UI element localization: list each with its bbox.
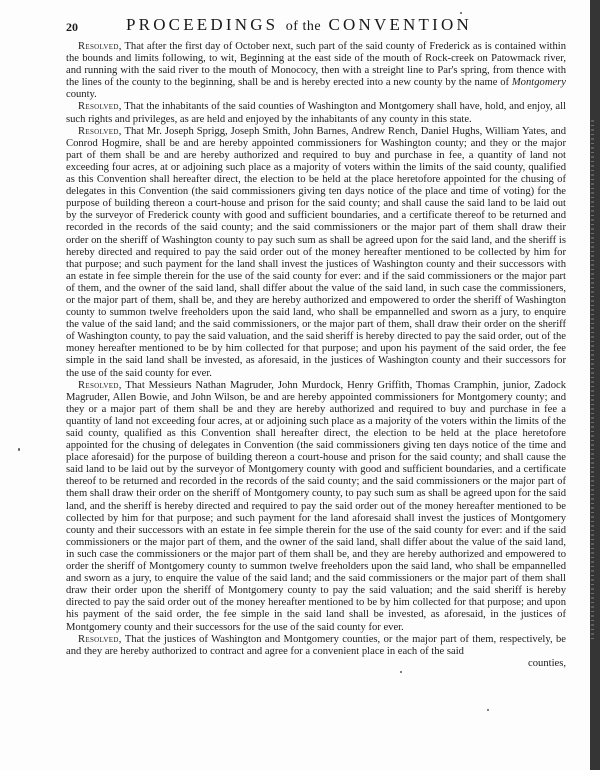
- document-page: 20 PROCEEDINGS of the CONVENTION Resolve…: [0, 0, 600, 770]
- paragraph-text: That Messieurs Nathan Magruder, John Mur…: [66, 380, 566, 633]
- resolution-paragraph-5: Resolved, That the justices of Washingto…: [66, 634, 566, 658]
- print-speck: [460, 12, 462, 14]
- catchword: counties,: [66, 658, 566, 670]
- print-speck: [487, 709, 489, 711]
- resolved-label: Resolved,: [78, 126, 122, 137]
- document-body: Resolved, That after the first day of Oc…: [66, 41, 566, 670]
- resolved-label: Resolved,: [78, 41, 122, 52]
- resolution-paragraph-4: Resolved, That Messieurs Nathan Magruder…: [66, 380, 566, 634]
- print-speck: [18, 448, 20, 451]
- resolution-paragraph-1: Resolved, That after the first day of Oc…: [66, 41, 566, 101]
- county-name-italic: Montgomery: [512, 77, 566, 88]
- running-title: PROCEEDINGS of the CONVENTION: [126, 15, 472, 35]
- page-number: 20: [66, 20, 78, 35]
- running-title-part1: PROCEEDINGS: [126, 15, 278, 34]
- paragraph-text: That the justices of Washington and Mont…: [66, 634, 566, 657]
- running-title-part3: CONVENTION: [329, 15, 472, 34]
- resolved-label: Resolved,: [78, 101, 122, 112]
- resolution-paragraph-2: Resolved, That the inhabitants of the sa…: [66, 101, 566, 125]
- resolution-paragraph-3: Resolved, That Mr. Joseph Sprigg, Joseph…: [66, 126, 566, 380]
- resolved-label: Resolved,: [78, 634, 122, 645]
- print-speck: [400, 671, 402, 673]
- scan-edge-border: [590, 0, 600, 770]
- paragraph-text: That the inhabitants of the said countie…: [66, 101, 566, 124]
- paragraph-text: That Mr. Joseph Sprigg, Joseph Smith, Jo…: [66, 126, 566, 379]
- running-title-part2: of the: [286, 19, 321, 34]
- paragraph-text-end: county.: [66, 89, 97, 100]
- page-header: 20 PROCEEDINGS of the CONVENTION: [66, 15, 566, 37]
- paragraph-text: That after the first day of October next…: [66, 41, 566, 88]
- resolved-label: Resolved,: [78, 380, 122, 391]
